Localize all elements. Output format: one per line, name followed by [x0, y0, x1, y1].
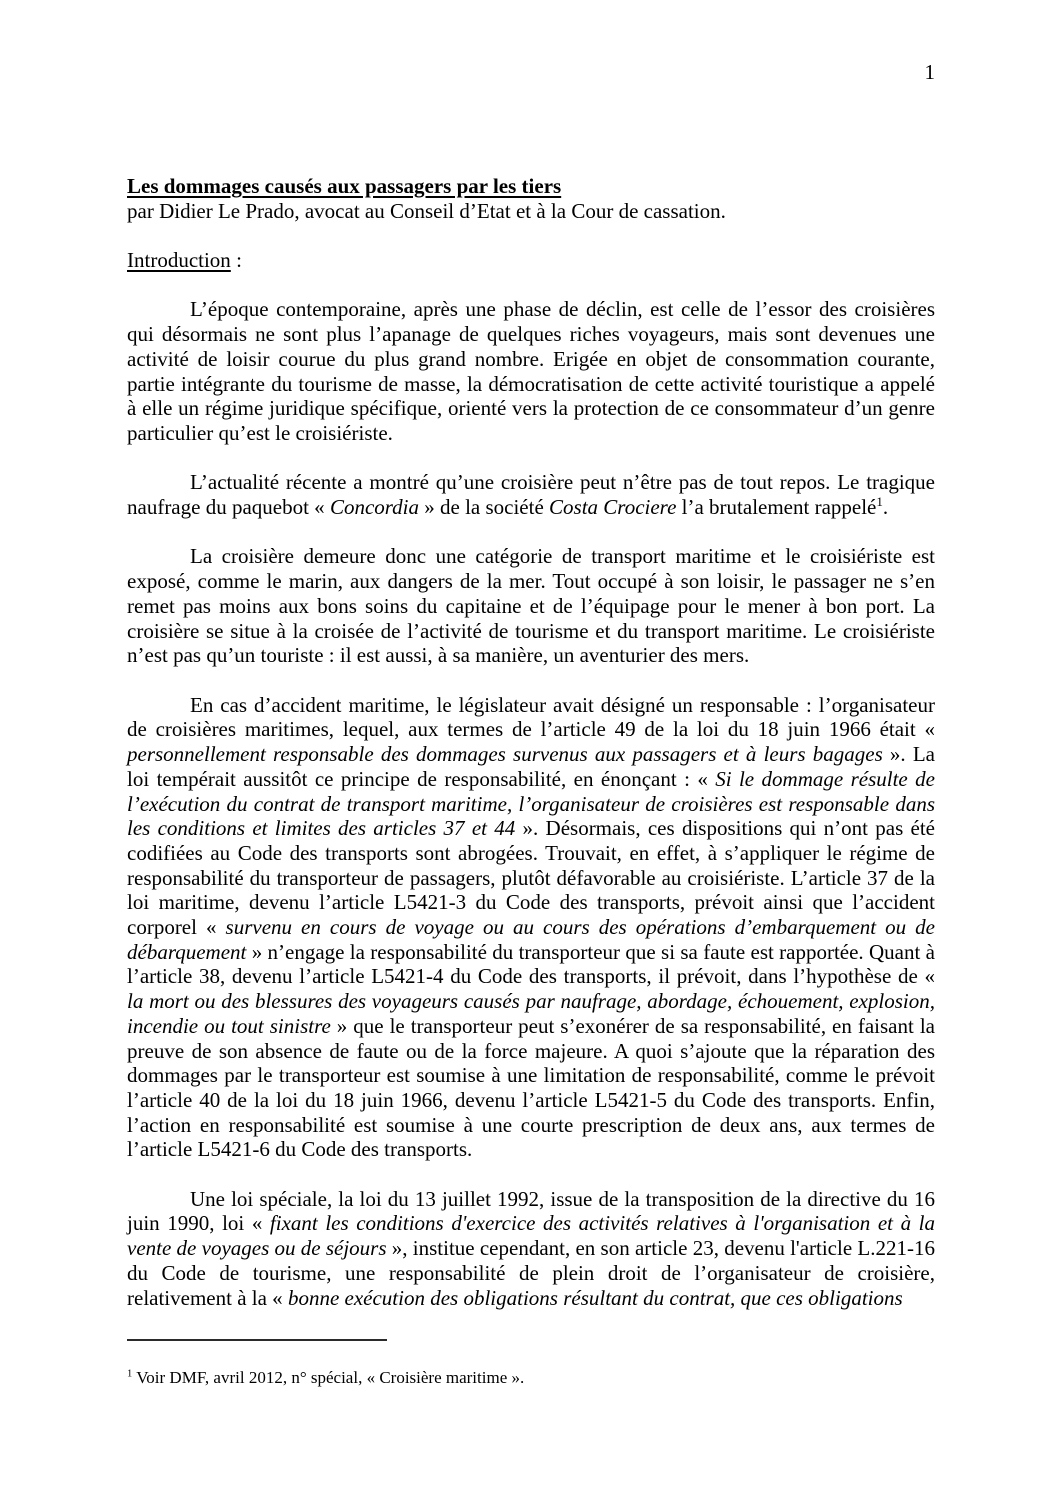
section-heading-colon: :	[231, 248, 242, 272]
section-heading: Introduction :	[127, 248, 935, 273]
document-title: Les dommages causés aux passagers par le…	[127, 174, 935, 199]
paragraph: L’actualité récente a montré qu’une croi…	[127, 470, 935, 519]
document-page: 1 Les dommages causés aux passagers par …	[0, 0, 1058, 1497]
paragraph: La croisière demeure donc une catégorie …	[127, 544, 935, 668]
paragraph: Une loi spéciale, la loi du 13 juillet 1…	[127, 1187, 935, 1311]
page-number: 1	[925, 60, 936, 85]
section-heading-label: Introduction	[127, 248, 231, 272]
paragraph: En cas d’accident maritime, le législate…	[127, 693, 935, 1162]
footnote-separator	[127, 1339, 387, 1341]
footnote: 1 Voir DMF, avril 2012, n° spécial, « Cr…	[127, 1367, 935, 1388]
byline: par Didier Le Prado, avocat au Conseil d…	[127, 199, 935, 224]
footnote-text: Voir DMF, avril 2012, n° spécial, « Croi…	[132, 1368, 524, 1387]
document-content: Les dommages causés aux passagers par le…	[127, 174, 935, 1310]
paragraph: L’époque contemporaine, après une phase …	[127, 297, 935, 445]
